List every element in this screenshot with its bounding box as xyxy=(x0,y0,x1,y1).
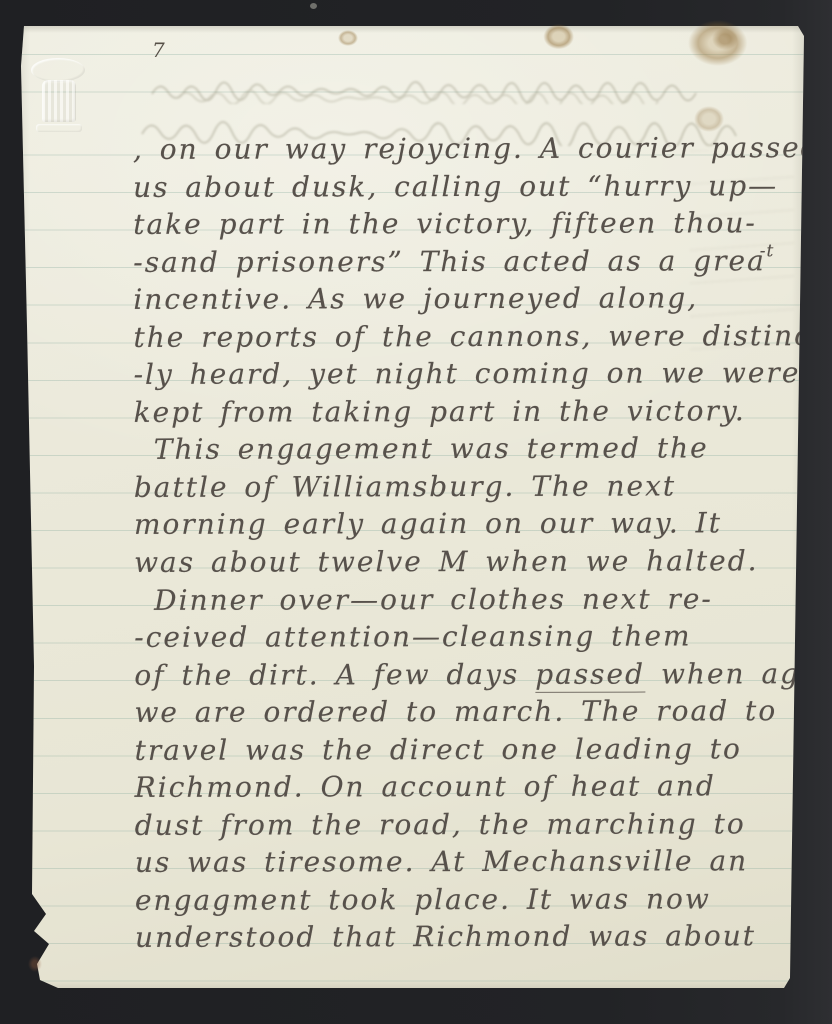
manuscript-line: -sand prisoners” This acted as a grea-t xyxy=(133,242,804,281)
page-number: 7 xyxy=(152,38,166,62)
manuscript-line: Dinner over—our clothes next re- xyxy=(134,580,804,619)
manuscript-line: engagment took place. It was now xyxy=(135,880,804,919)
embossed-seal-icon xyxy=(28,58,90,138)
manuscript-text: , on our way rejoycing. A courier passed… xyxy=(133,129,804,957)
manuscript-line: morning early again on our way. It xyxy=(134,505,804,544)
scan-background: { "scan": { "page_number": "7" }, "manus… xyxy=(0,0,832,1024)
manuscript-line: -ceived attention—cleansing them xyxy=(134,617,804,656)
seal-arc xyxy=(31,58,85,82)
manuscript-line: dust from the road, the marching to xyxy=(135,805,804,844)
manuscript-line: Richmond. On account of heat and xyxy=(135,767,804,806)
manuscript-line: take part in the victory, fifteen thou- xyxy=(133,204,804,243)
manuscript-line: kept from taking part in the victory. xyxy=(134,392,804,431)
manuscript-line: This engagement was termed the xyxy=(134,429,804,468)
manuscript-line: battle of Williamsburg. The next xyxy=(134,467,804,506)
manuscript-line: incentive. As we journeyed along, xyxy=(133,279,804,318)
manuscript-line: of the dirt. A few days passed when aga-… xyxy=(134,655,804,694)
manuscript-line: -ly heard, yet night coming on we were xyxy=(134,354,804,393)
manuscript-line: travel was the direct one leading to xyxy=(134,730,804,769)
manuscript-line: the reports of the cannons, were distinc… xyxy=(133,317,804,356)
manuscript-line: understood that Richmond was about xyxy=(135,918,804,957)
manuscript-line: was about twelve M when we halted. xyxy=(134,542,804,581)
manuscript-line: us was tiresome. At Mechansville an xyxy=(135,843,804,882)
dust-speck xyxy=(310,3,317,9)
bleedthrough-line xyxy=(148,74,708,104)
seal-base xyxy=(36,124,82,132)
manuscript-line: us about dusk, calling out “hurry up— xyxy=(133,167,804,206)
manuscript-line: we are ordered to march. The road to xyxy=(134,692,804,731)
manuscript-line: , on our way rejoycing. A courier passed xyxy=(133,129,804,168)
seal-crest xyxy=(42,80,76,122)
manuscript-page: 7 , on our way rejoycing. A courier pass… xyxy=(18,26,804,990)
underlined-word: passed xyxy=(535,657,645,692)
inserted-word: -t xyxy=(760,241,775,261)
